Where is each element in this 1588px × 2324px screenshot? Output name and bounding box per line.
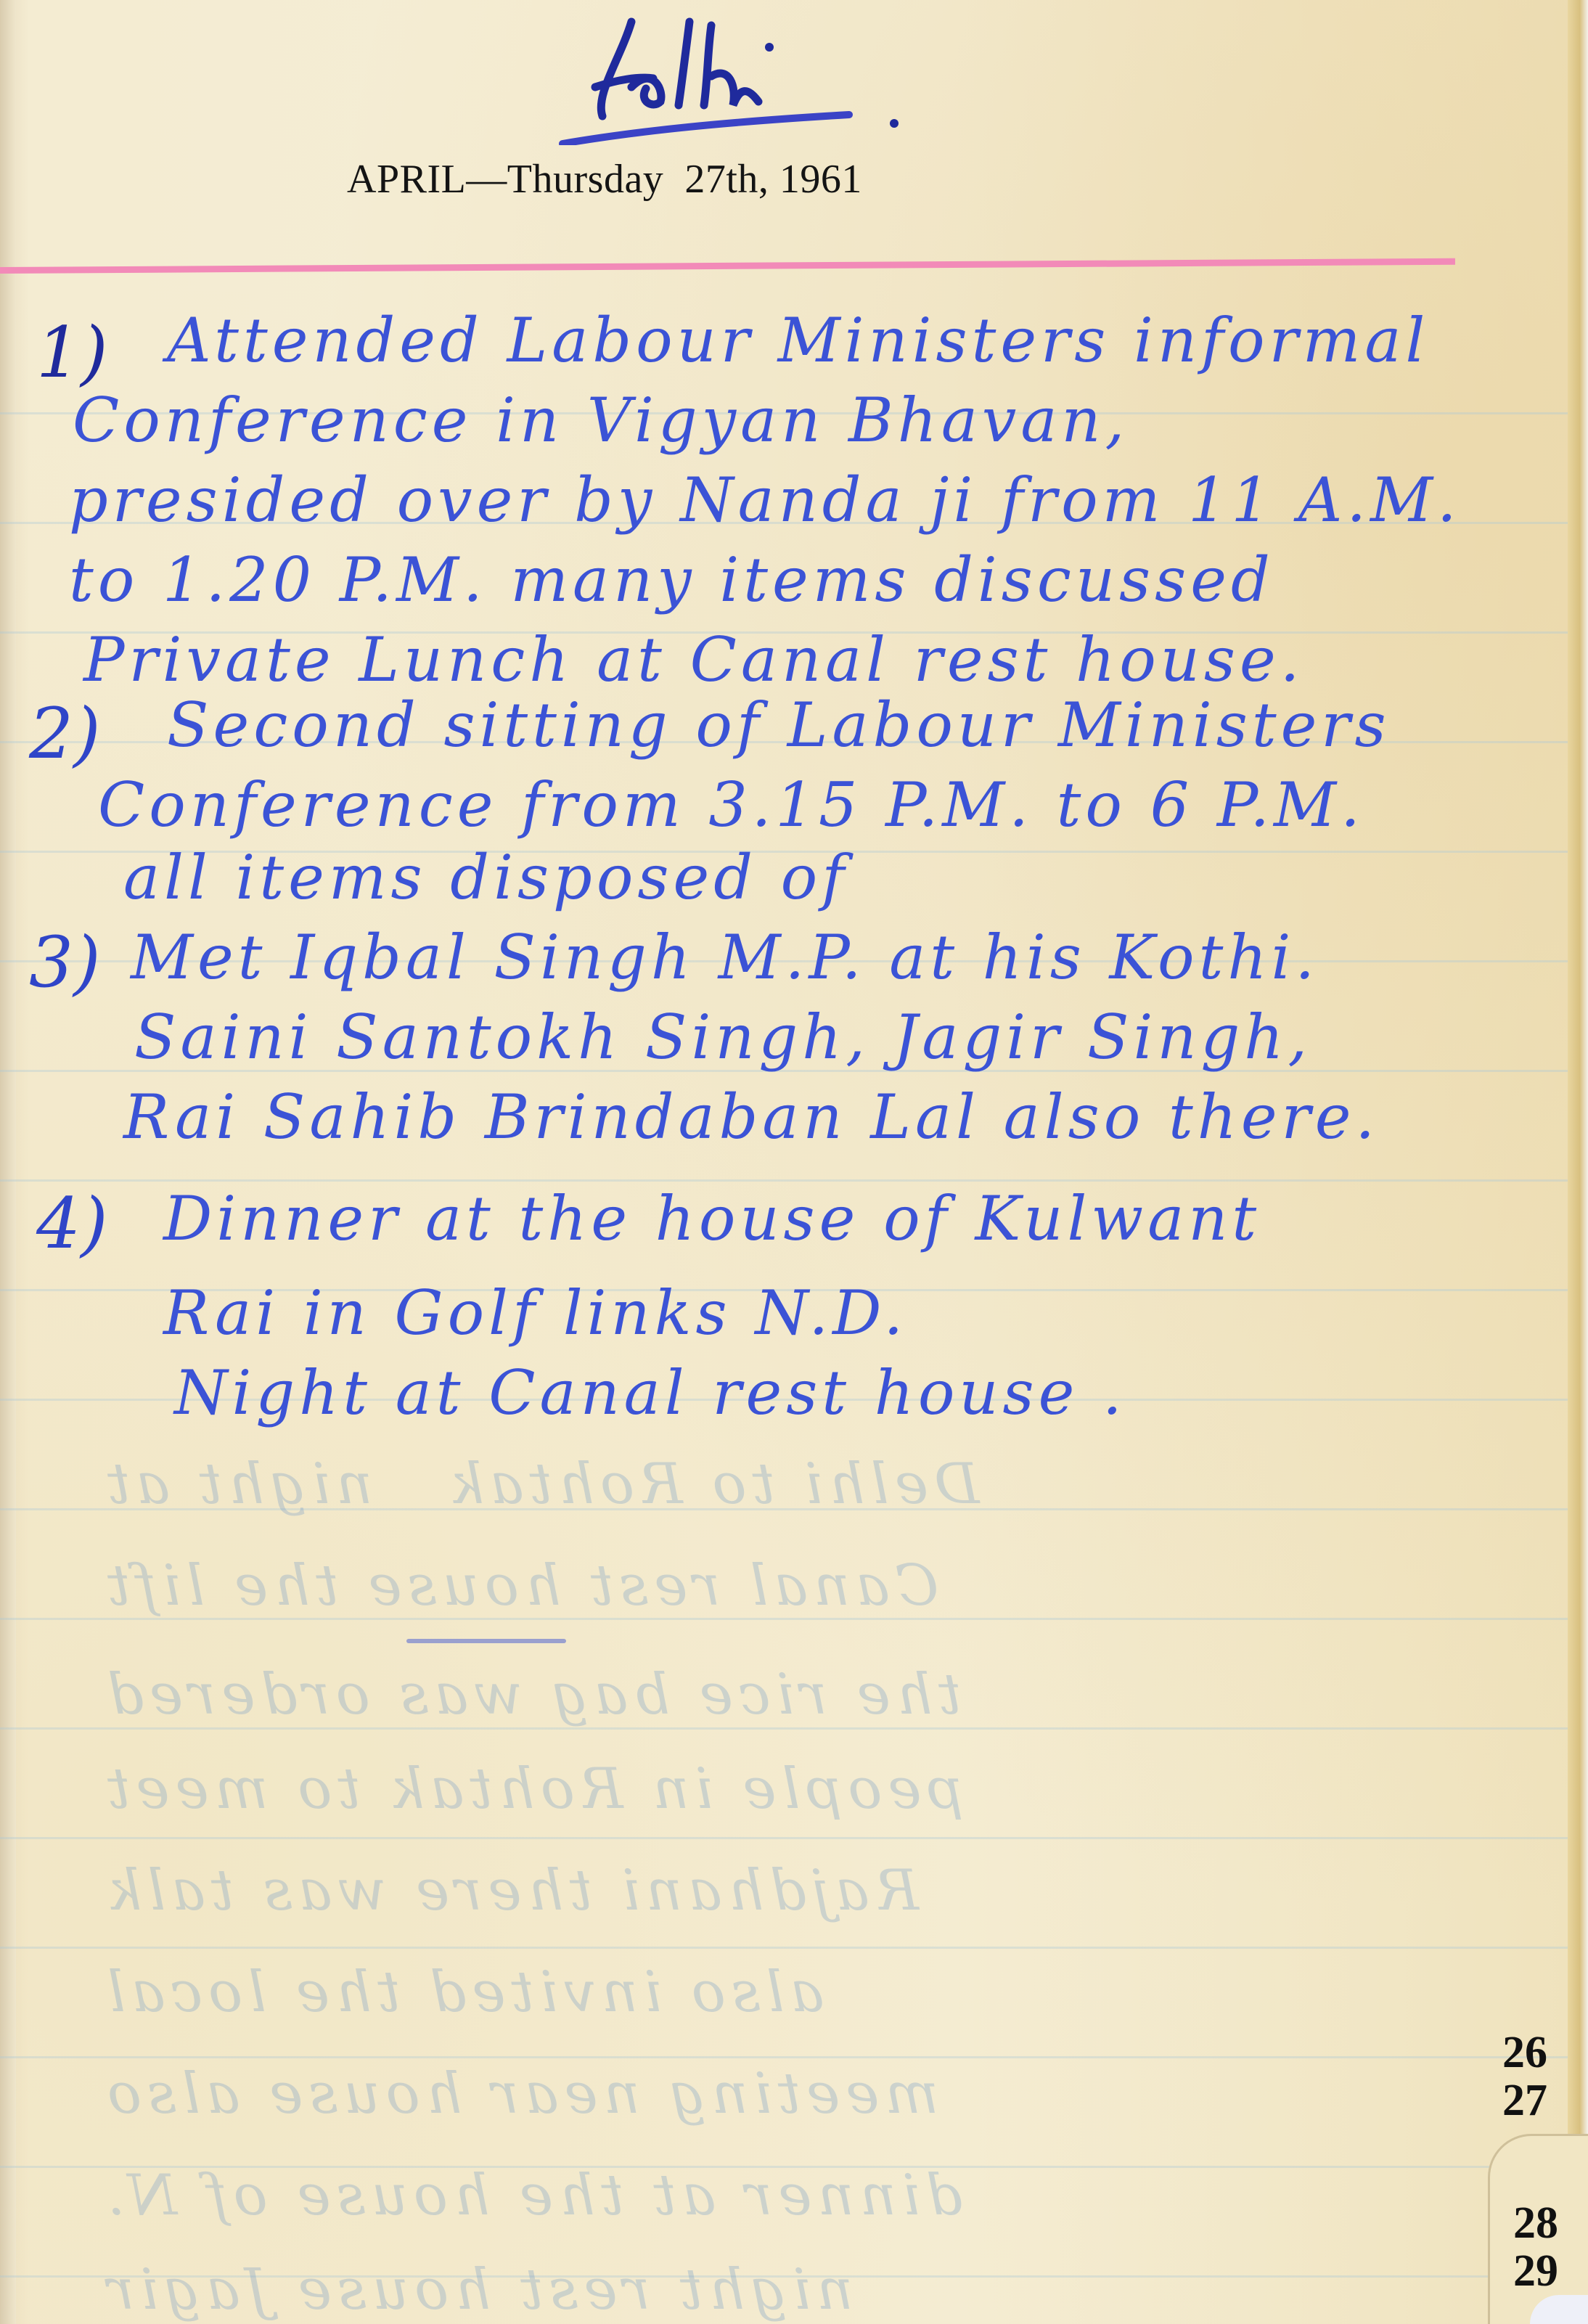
entry-line: Attended Labour Ministers informal <box>167 305 1429 376</box>
entry-line: presided over by Nanda ji from 11 A.M. <box>69 465 1461 536</box>
heading-delhi-handwritten: Delhi. <box>552 7 958 145</box>
entry-number: 3) <box>29 922 101 1003</box>
printed-separator: — <box>466 157 507 202</box>
entry-number: 4) <box>36 1183 108 1264</box>
printed-date: 27th, 1961 <box>684 157 862 202</box>
entry-line: Private Lunch at Canal rest house. <box>83 624 1303 695</box>
entry-line: Second sitting of Labour Ministers <box>167 690 1391 761</box>
entry-line: Night at Canal rest house . <box>174 1357 1126 1428</box>
printed-date-header: APRIL—Thursday 27th, 1961 <box>347 156 862 202</box>
date-tab-lower: 28 29 <box>1513 2199 1558 2295</box>
entry-number: 1) <box>36 312 108 393</box>
entry-line: Dinner at the house of Kulwant <box>163 1183 1261 1254</box>
date-tab-28: 28 <box>1513 2199 1558 2247</box>
entry-line: Rai in Golf links N.D. <box>163 1277 907 1349</box>
entry-line: Met Iqbal Singh M.P. at his Kothi. <box>131 922 1319 993</box>
printed-weekday: Thursday <box>507 157 664 202</box>
printed-month: APRIL <box>347 157 466 202</box>
entry-line: Saini Santokh Singh, Jagir Singh, <box>134 1002 1311 1073</box>
entry-line: Rai Sahib Brindaban Lal also there. <box>123 1081 1379 1153</box>
date-tab-26: 26 <box>1502 2029 1547 2077</box>
date-tab-27: 27 <box>1502 2077 1547 2124</box>
svg-text:Delhi.: Delhi. <box>552 7 554 8</box>
entry-line: to 1.20 P.M. many items discussed <box>69 544 1274 615</box>
date-tab-29: 29 <box>1513 2247 1558 2295</box>
date-tab-upper: 26 27 <box>1502 2029 1547 2124</box>
entry-line: Conference in Vigyan Bhavan, <box>73 385 1129 456</box>
ink-stroke-mark <box>406 1639 566 1643</box>
entry-line: Conference from 3.15 P.M. to 6 P.M. <box>98 769 1364 840</box>
entry-number: 2) <box>29 693 101 774</box>
page-edge-right <box>1568 0 1588 2324</box>
entry-line: all items disposed of <box>123 842 848 913</box>
